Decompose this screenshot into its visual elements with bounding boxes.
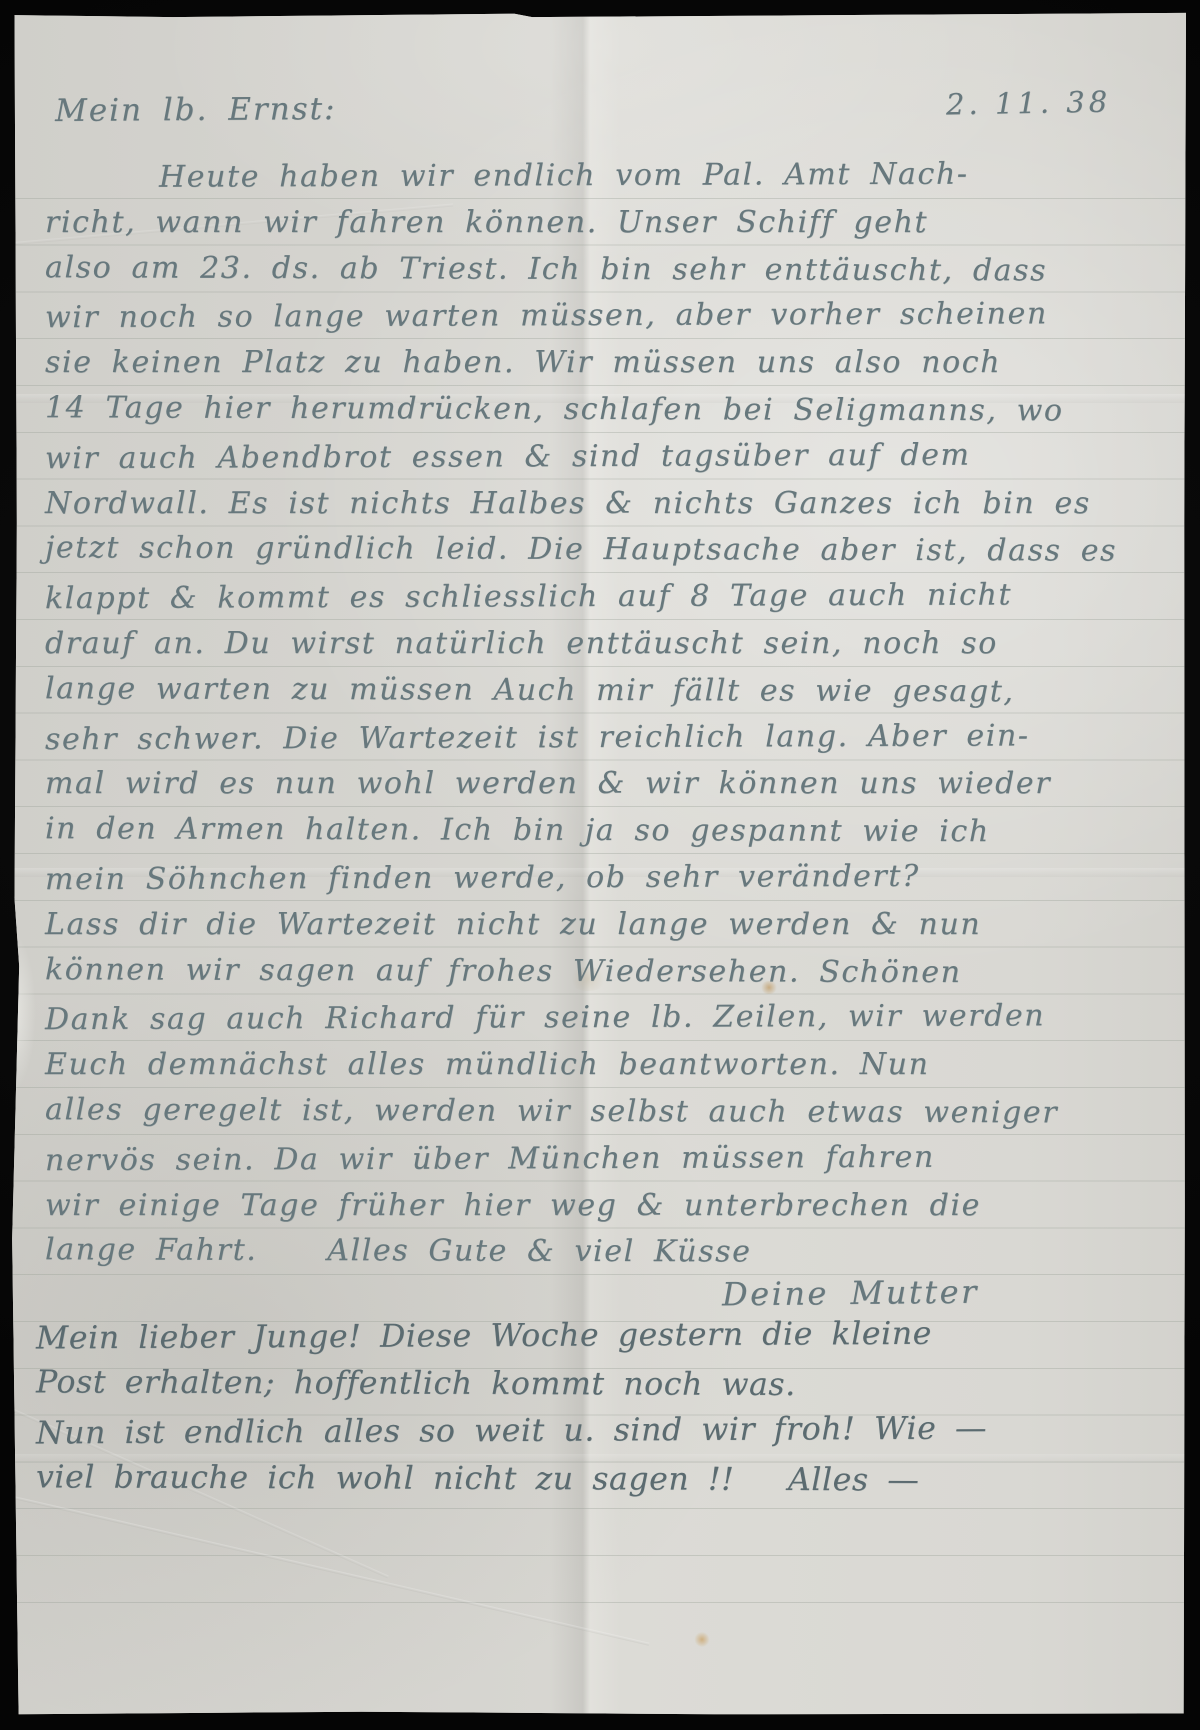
postscript-line: viel brauche ich wohl nicht zu sagen !! … [36,1454,987,1505]
letter-line: alles geregelt ist, werden wir selbst au… [45,1087,1179,1137]
postscript-line: Nun ist endlich alles so weit u. sind wi… [36,1406,987,1458]
left-edge-fold-highlight [2,932,36,1092]
letter-line: lange Fahrt. Alles Gute & viel Küsse [45,1228,1179,1278]
diagonal-crease [0,1485,649,1645]
letter-line: klappt & kommt es schliesslich auf 8 Tag… [45,572,1179,623]
letter-line: sie keinen Platz zu haben. Wir müssen un… [45,340,1179,387]
letter-line: wir einige Tage früher hier weg & unterb… [45,1183,1179,1230]
letter-line: in den Armen halten. Ich bin ja so gespa… [45,806,1179,856]
letter-line: mein Söhnchen finden werde, ob sehr verä… [45,853,1179,904]
signature: Deine Mutter [722,1273,979,1314]
scan-background: Mein lb. Ernst: 2. 11. 38 Heute haben wi… [0,0,1200,1730]
letter-line: richt, wann wir fahren können. Unser Sch… [45,200,1179,247]
letter-paper: Mein lb. Ernst: 2. 11. 38 Heute haben wi… [8,12,1186,1716]
letter-line: Heute haben wir endlich vom Pal. Amt Nac… [45,151,1179,202]
postscript-line: Post erhalten; hoffentlich kommt noch wa… [36,1359,987,1410]
letter-line: nervös sein. Da wir über München müssen … [45,1134,1179,1185]
letter-line: Lass dir die Wartezeit nicht zu lange we… [45,902,1179,949]
letter-body: Heute haben wir endlich vom Pal. Amt Nac… [45,153,1179,1276]
postscript-line: Mein lieber Junge! Diese Woche gestern d… [36,1311,987,1363]
letter-line: wir noch so lange warten müssen, aber vo… [45,291,1179,342]
postscript: Mein lieber Junge! Diese Woche gestern d… [36,1313,987,1503]
letter-line: drauf an. Du wirst natürlich enttäuscht … [45,621,1179,668]
salutation: Mein lb. Ernst: [55,91,337,129]
letter-line: Euch demnächst alles mündlich beantworte… [45,1042,1179,1089]
letter-line: 14 Tage hier herumdrücken, schlafen bei … [45,385,1179,435]
letter-line: wir auch Abendbrot essen & sind tagsüber… [45,432,1179,483]
letter-line: mal wird es nun wohl werden & wir können… [45,761,1179,808]
letter-date: 2. 11. 38 [946,85,1112,122]
letter-line: jetzt schon gründlich leid. Die Hauptsac… [45,526,1179,576]
letter-line: Nordwall. Es ist nichts Halbes & nichts … [45,481,1179,528]
letter-line: lange warten zu müssen Auch mir fällt es… [45,666,1179,716]
letter-line: also am 23. ds. ab Triest. Ich bin sehr … [45,245,1179,295]
letter-line: Dank sag auch Richard für seine lb. Zeil… [45,993,1179,1044]
letter-line: sehr schwer. Die Wartezeit ist reichlich… [45,712,1179,763]
paper-stain [694,1632,710,1647]
letter-line: können wir sagen auf frohes Wiedersehen.… [45,947,1179,997]
